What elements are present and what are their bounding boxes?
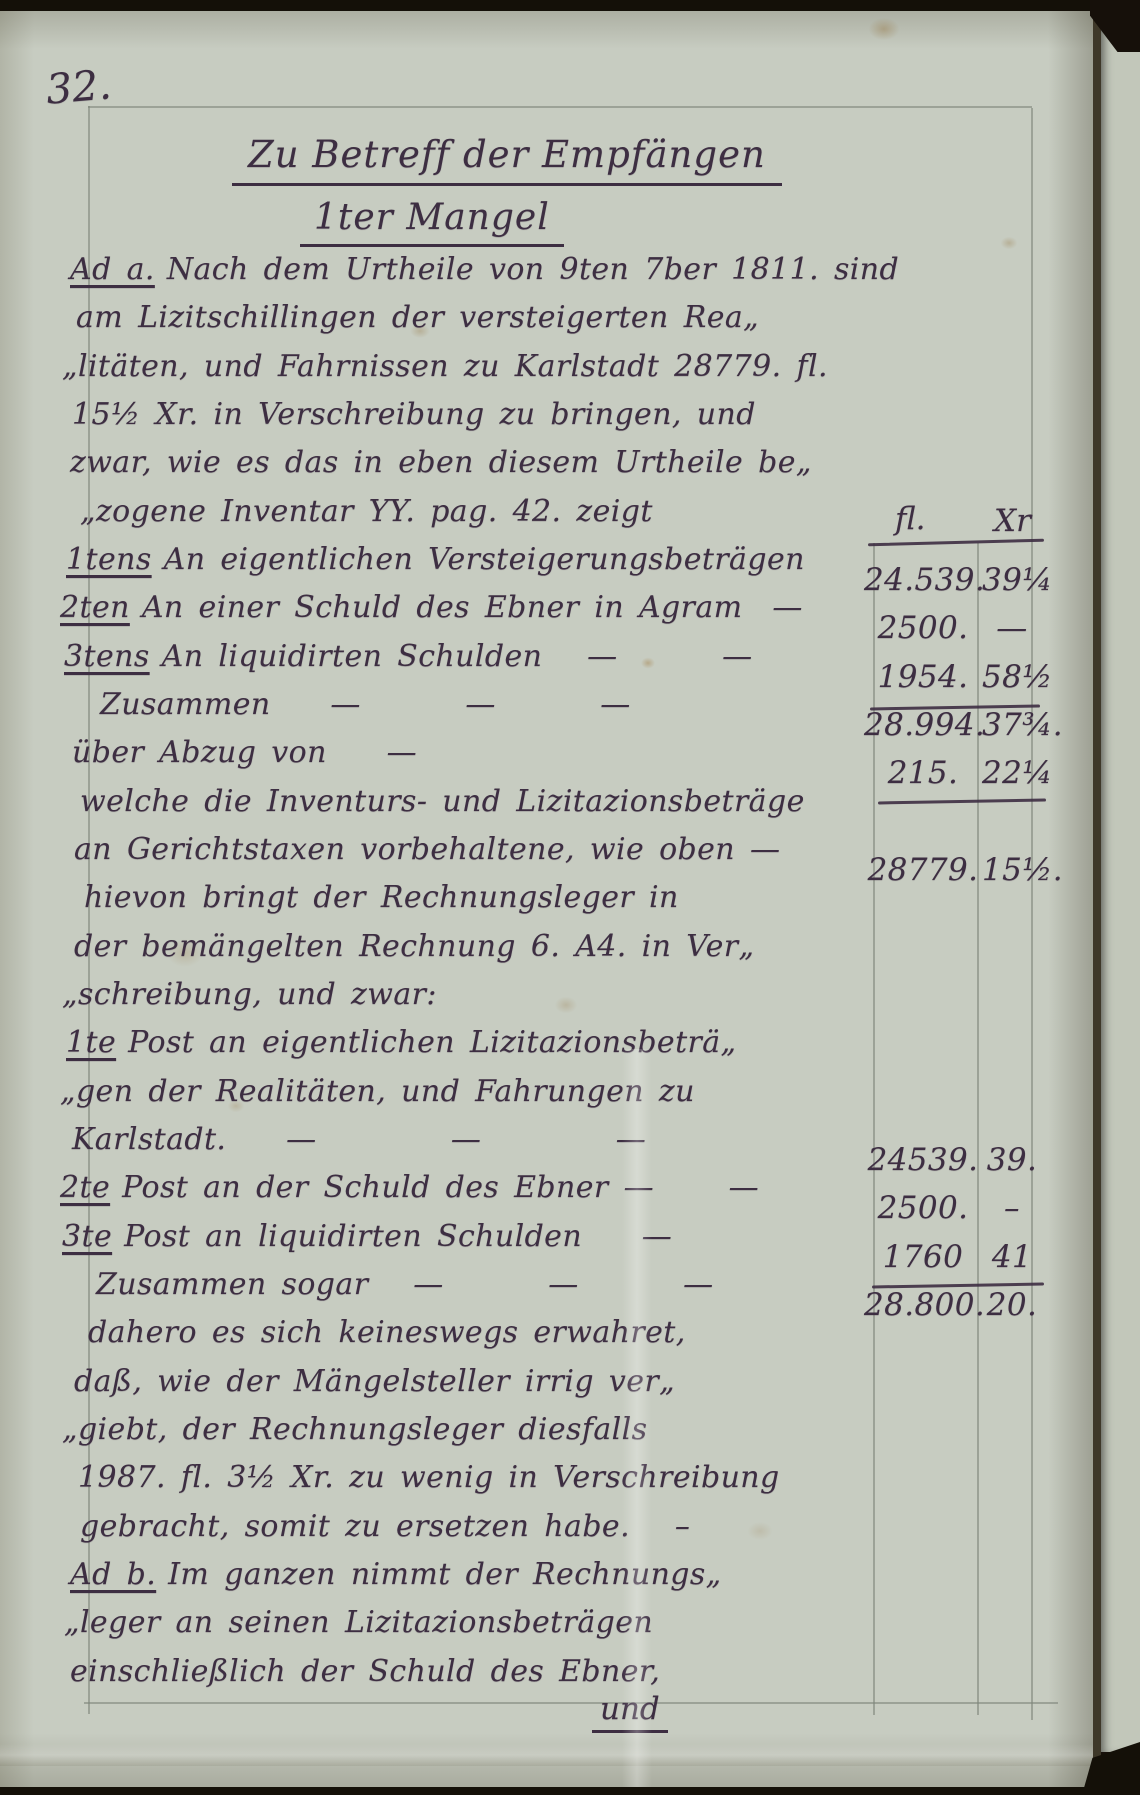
ordinal-prefix: 2ten	[60, 590, 130, 625]
manuscript-line: „leger an seinen Lizitazionsbeträgen	[0, 1605, 1140, 1640]
book-cover-bottom	[0, 1787, 1100, 1795]
deduction-row: über Abzug von —215.22¼	[0, 735, 1140, 770]
ordinal-prefix: 2te	[60, 1170, 110, 1205]
entry-row: 1tensAn eigentlichen Versteigerungsbeträ…	[0, 542, 1140, 577]
pencil-frame-bottom	[84, 1702, 1058, 1704]
manuscript-line: zwar, wie es das in eben diesem Urtheile…	[0, 445, 1140, 480]
manuscript-line: „gen der Realitäten, und Fahrungen zu	[0, 1074, 1140, 1109]
ordinal-prefix: 1te	[66, 1025, 116, 1060]
manuscript-photo: 32. Zu Betreff der Empfängen 1ter Mangel…	[0, 0, 1140, 1795]
manuscript-line: „litäten, und Fahrnissen zu Karlstadt 28…	[0, 349, 1140, 384]
manuscript-page: 32. Zu Betreff der Empfängen 1ter Mangel…	[0, 9, 1094, 1788]
adjacent-page-edge	[1101, 30, 1140, 1752]
manuscript-line: 1987. fl. 3½ Xr. zu wenig in Verschreibu…	[0, 1460, 1140, 1495]
entry-row: an Gerichtstaxen vorbehaltene, wie oben …	[0, 832, 1140, 867]
manuscript-line: „schreibung, und zwar:	[0, 977, 1140, 1012]
manuscript-line: daß, wie der Mängelsteller irrig ver„	[0, 1364, 1140, 1399]
manuscript-line: einschließlich der Schuld des Ebner,	[0, 1654, 1140, 1689]
manuscript-line: gebracht, somit zu ersetzen habe. –	[0, 1509, 1140, 1544]
marginal-reference: Ad b.	[70, 1557, 156, 1592]
heading-line-1: Zu Betreff der Empfängen	[232, 133, 782, 186]
pencil-frame-top	[88, 106, 1032, 108]
manuscript-line: dahero es sich keineswegs erwahret,	[0, 1315, 1140, 1350]
marginal-reference: Ad a.	[70, 252, 155, 287]
ordinal-prefix: 3tens	[64, 639, 150, 674]
manuscript-line: „zogene Inventar YY. pag. 42. zeigt	[0, 494, 1140, 529]
heading-line-2: 1ter Mangel	[300, 197, 564, 247]
manuscript-line: hievon bringt der Rechnungsleger in	[0, 880, 1140, 915]
entry-row: 3tePost an liquidirten Schulden —176041	[0, 1219, 1140, 1254]
entry-row: Karlstadt. — — —24539.39.	[0, 1122, 1140, 1157]
entry-row: 2tenAn einer Schuld des Ebner in Agram —…	[0, 590, 1140, 625]
catchword: und	[592, 1691, 668, 1733]
entry-row: 3tensAn liquidirten Schulden — —1954.58½	[0, 639, 1140, 674]
ordinal-prefix: 3te	[62, 1219, 112, 1254]
page-number: 32.	[44, 60, 113, 114]
manuscript-line: welche die Inventurs- und Lizitazionsbet…	[0, 784, 1140, 819]
book-cover-top	[0, 0, 1140, 11]
manuscript-line: 1tePost an eigentlichen Lizitazionsbeträ…	[0, 1025, 1140, 1060]
ordinal-prefix: 1tens	[66, 542, 152, 577]
manuscript-line: „giebt, der Rechnungsleger diesfalls	[0, 1412, 1140, 1447]
entry-row: 2tePost an der Schuld des Ebner — —2500.…	[0, 1170, 1140, 1205]
manuscript-line: der bemängelten Rechnung 6. A4. in Ver„	[0, 929, 1140, 964]
manuscript-line: am Lizitschillingen der versteigerten Re…	[0, 300, 1140, 335]
sum-row: Zusammen sogar — — —28.800.20.	[0, 1267, 1140, 1302]
sum-row: Zusammen — — —28.994.37¾.	[0, 687, 1140, 722]
manuscript-line: Ad a.Nach dem Urtheile von 9ten 7ber 181…	[0, 252, 1140, 287]
page-gutter-shadow	[1093, 18, 1101, 1780]
manuscript-line: 15½ Xr. in Verschreibung zu bringen, und	[0, 397, 1140, 432]
manuscript-line: Ad b.Im ganzen nimmt der Rechnungs„	[0, 1557, 1140, 1592]
